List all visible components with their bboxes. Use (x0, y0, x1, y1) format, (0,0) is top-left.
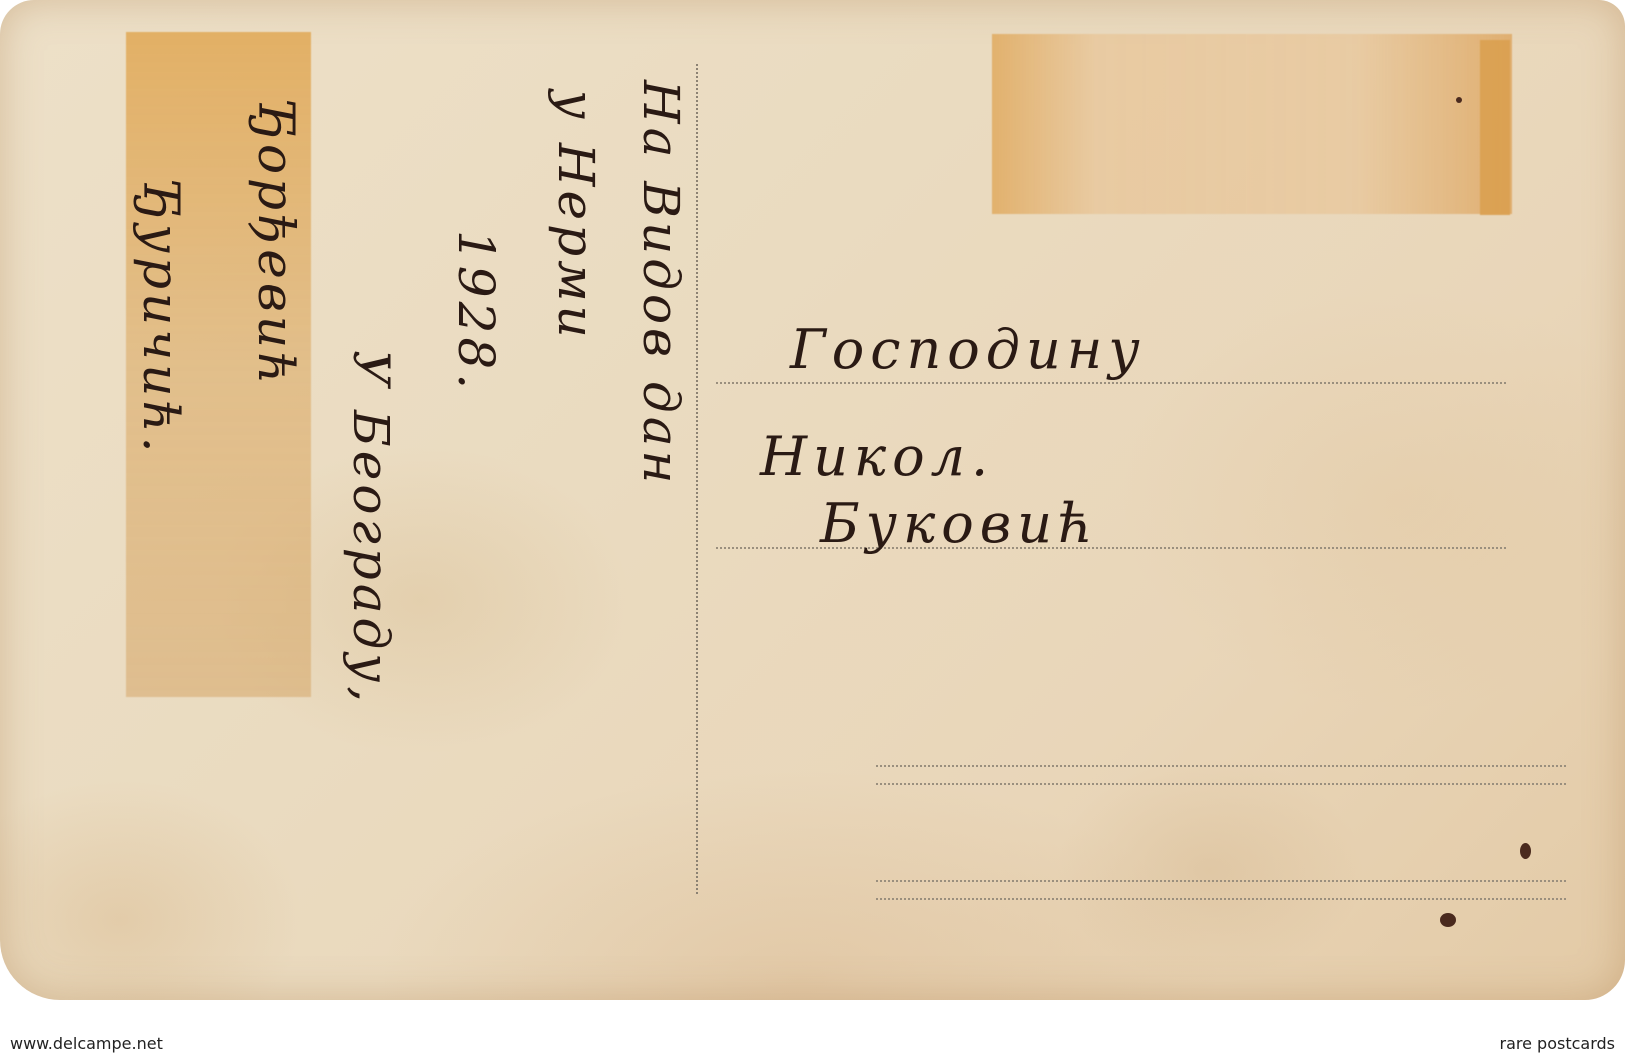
address-rule-6 (876, 898, 1566, 900)
stamp-area-edge (1480, 40, 1510, 215)
message-line-1: На Видов дан (632, 80, 690, 487)
address-line-2: Никол. (760, 425, 994, 488)
address-rule-3 (876, 765, 1566, 767)
ink-spot (1520, 843, 1531, 859)
stamp-area-stain (992, 34, 1512, 214)
ink-spot (1440, 913, 1456, 927)
message-line-2: у Нерми (547, 90, 605, 342)
watermark-rare-postcards: rare postcards (1500, 1034, 1615, 1053)
watermark-delcampe: www.delcampe.net (10, 1034, 163, 1053)
address-rule-4 (876, 783, 1566, 785)
address-rule-5 (876, 880, 1566, 882)
message-line-6: Ђуричић. (132, 180, 190, 457)
address-line-1: Господину (790, 318, 1146, 381)
message-line-5: Ђорђевић (247, 100, 305, 388)
message-line-3: 1928. (447, 230, 505, 393)
address-rule-1 (716, 382, 1506, 384)
ink-spot (1456, 97, 1462, 103)
message-line-4: У Београду, (342, 350, 400, 706)
postcard-back: На Видов дан у Нерми 1928. У Београду, Ђ… (0, 0, 1625, 1000)
center-divider-line (696, 64, 698, 894)
address-line-3: Буковић (820, 492, 1099, 555)
